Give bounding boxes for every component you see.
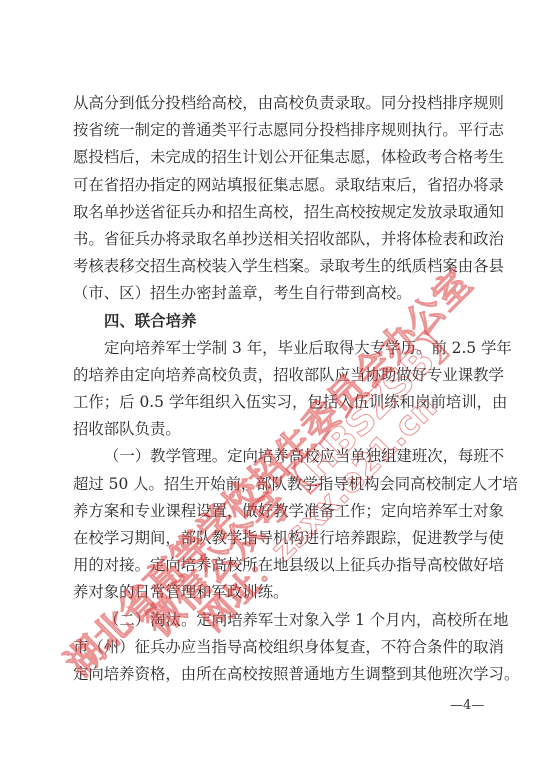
text-line: 取名单抄送省征兵办和招生高校，招生高校按规定发放录取通知 [73, 199, 473, 226]
text-line: 用的对接。定向培养高校所在地县级以上征兵办指导高校做好培 [73, 552, 473, 579]
text-line: 养对象的日常管理和军政训练。 [73, 579, 473, 606]
text-line: 从高分到低分投档给高校，由高校负责录取。同分投档排序规则 [73, 90, 473, 117]
text-line: 超过 50 人。招生开始前，部队教学指导机构会同高校制定人才培 [73, 471, 473, 498]
text-line: 定向培养资格，由所在高校按照普通地方生调整到其他班次学习。 [73, 661, 473, 688]
text-line: 按省统一制定的普通类平行志愿同分投档排序规则执行。平行志 [73, 117, 473, 144]
text-line: 养方案和专业课程设置，做好教学准备工作；定向培养军士对象 [73, 498, 473, 525]
text-line: 考核表移交招生高校装入学生档案。录取考生的纸质档案由各县 [73, 253, 473, 280]
text-line: （市、区）招生办密封盖章，考生自行带到高校。 [73, 280, 473, 307]
text-line: 招收部队负责。 [73, 416, 473, 443]
text-line: 书。省征兵办将录取名单抄送相关招收部队，并将体检表和政治 [73, 226, 473, 253]
paragraph-start: 定向培养军士学制 3 年，毕业后取得大专学历。前 2.5 学年 [73, 335, 473, 362]
document-page: 从高分到低分投档给高校，由高校负责录取。同分投档排序规则 按省统一制定的普通类平… [0, 0, 540, 764]
document-body: 从高分到低分投档给高校，由高校负责录取。同分投档排序规则 按省统一制定的普通类平… [73, 90, 473, 688]
text-line: 愿投档后，未完成的招生计划公开征集志愿，体检政考合格考生 [73, 144, 473, 171]
section-heading: 四、联合培养 [73, 308, 473, 335]
text-line: 市（州）征兵办应当指导高校组织身体复查，不符合条件的取消 [73, 634, 473, 661]
text-line: 可在省招办指定的网站填报征集志愿。录取结束后，省招办将录 [73, 172, 473, 199]
paragraph-start: （一）教学管理。定向培养高校应当单独组建班次，每班不 [73, 443, 473, 470]
paragraph-start: （二）淘汰。定向培养军士对象入学 1 个月内，高校所在地 [73, 607, 473, 634]
text-line: 工作；后 0.5 学年组织入伍实习，包括入伍训练和岗前培训，由 [73, 389, 473, 416]
text-line: 的培养由定向培养高校负责，招收部队应当协助做好专业课教学 [73, 362, 473, 389]
text-line: 在校学习期间，部队教学指导机构进行培养跟踪，促进教学与使 [73, 525, 473, 552]
page-number: —4— [450, 698, 484, 713]
